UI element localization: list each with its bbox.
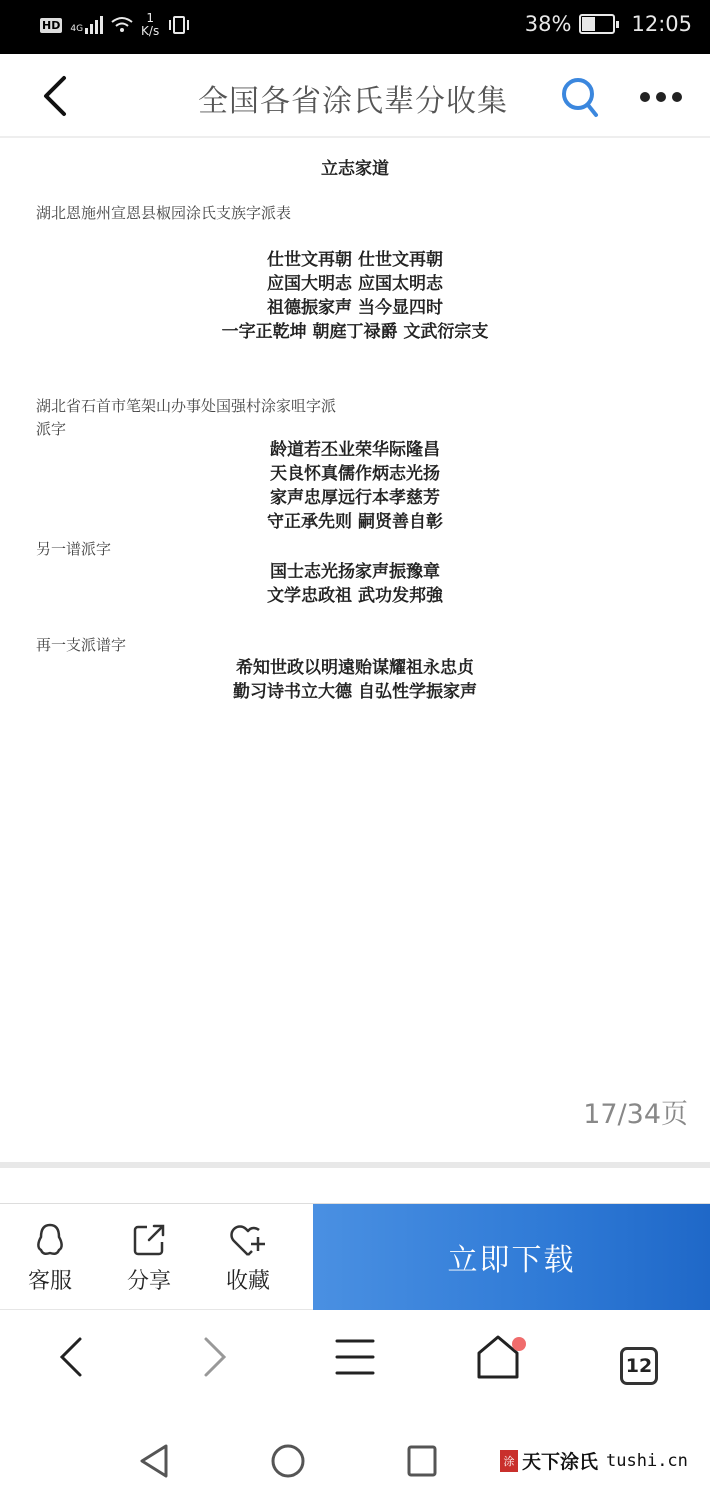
favorite-add-icon bbox=[228, 1222, 268, 1258]
watermark: 涂 天下涂氏 tushi.cn bbox=[500, 1447, 688, 1474]
browser-toolbar: 12 bbox=[0, 1311, 710, 1421]
vibrate-icon bbox=[167, 15, 191, 35]
verse-line: 龄道若丕业荣华际隆昌 bbox=[0, 438, 710, 462]
section-label: 另一谱派字 bbox=[36, 538, 111, 559]
action-label: 收藏 bbox=[213, 1264, 283, 1295]
verse-line: 勤习诗书立大德 自弘性学振家声 bbox=[0, 680, 710, 704]
document-page: 立志家道 湖北恩施州宣恩县椒园涂氏支族字派表 仕世文再朝 仕世文再朝 应国大明志… bbox=[0, 140, 710, 1162]
menu-icon[interactable] bbox=[335, 1335, 375, 1379]
doc-heading: 立志家道 bbox=[0, 154, 710, 179]
more-dots-icon[interactable] bbox=[640, 92, 682, 102]
spacer bbox=[0, 1168, 710, 1204]
status-bar: HD 4G 1K/s 38% 12:05 bbox=[0, 0, 710, 54]
hd-voice-icon: HD bbox=[40, 18, 62, 33]
download-now-button[interactable]: 立即下载 bbox=[313, 1204, 710, 1310]
share-icon bbox=[131, 1222, 167, 1258]
battery-icon bbox=[579, 14, 615, 34]
verse-line: 守正承先则 嗣贤善自彰 bbox=[0, 510, 710, 534]
verse-line: 祖德振家声 当今显四时 bbox=[0, 296, 710, 320]
wifi-icon bbox=[111, 16, 133, 34]
verse-line: 希知世政以明遠贻谋耀祖永忠贞 bbox=[0, 656, 710, 680]
share-button[interactable]: 分享 bbox=[114, 1222, 184, 1295]
favorite-button[interactable]: 收藏 bbox=[213, 1222, 283, 1295]
verse-line: 天良怀真儒作炳志光扬 bbox=[0, 462, 710, 486]
watermark-url: tushi.cn bbox=[606, 1451, 688, 1471]
tabs-button[interactable]: 12 bbox=[620, 1347, 658, 1385]
section-label: 湖北省石首市笔架山办事处国强村涂家咀字派 bbox=[36, 395, 336, 416]
page-indicator: 17/34页 bbox=[583, 1092, 688, 1131]
section-sublabel: 派字 bbox=[36, 418, 66, 439]
battery-percent: 38% bbox=[525, 12, 572, 36]
action-label: 分享 bbox=[114, 1264, 184, 1295]
page-title: 全国各省涂氏辈分收集 bbox=[198, 76, 516, 120]
nav-recents-icon[interactable] bbox=[406, 1443, 438, 1479]
verse-line: 家声忠厚远行本孝慈芳 bbox=[0, 486, 710, 510]
section-label: 湖北恩施州宣恩县椒园涂氏支族字派表 bbox=[36, 202, 291, 223]
network-type: 4G bbox=[70, 24, 83, 34]
signal-icon: 4G bbox=[70, 16, 103, 34]
verse-line: 文学忠政祖 武功发邦強 bbox=[0, 584, 710, 608]
notification-dot bbox=[512, 1337, 526, 1351]
section-label: 再一支派谱字 bbox=[36, 634, 126, 655]
verse-line: 一字正乾坤 朝庭丁禄爵 文武衍宗支 bbox=[0, 320, 710, 344]
nav-home-icon[interactable] bbox=[270, 1443, 306, 1479]
browser-forward-icon[interactable] bbox=[200, 1335, 230, 1379]
watermark-text: 天下涂氏 bbox=[522, 1447, 598, 1474]
verse-line: 仕世文再朝 仕世文再朝 bbox=[0, 248, 710, 272]
search-icon[interactable] bbox=[560, 76, 600, 118]
top-app-bar: 全国各省涂氏辈分收集 bbox=[0, 54, 710, 138]
clock: 12:05 bbox=[631, 12, 692, 36]
action-bar: 客服 分享 收藏 立即下载 bbox=[0, 1204, 710, 1310]
system-nav-bar: 涂 天下涂氏 tushi.cn bbox=[0, 1421, 710, 1500]
nav-back-icon[interactable] bbox=[138, 1443, 170, 1479]
chevron-left-icon[interactable] bbox=[38, 74, 72, 118]
customer-service-icon bbox=[33, 1222, 67, 1258]
customer-service-button[interactable]: 客服 bbox=[15, 1222, 85, 1295]
network-speed: 1K/s bbox=[141, 12, 159, 38]
verse-line: 应国大明志 应国太明志 bbox=[0, 272, 710, 296]
verse-line: 国士志光扬家声振豫章 bbox=[0, 560, 710, 584]
browser-back-icon[interactable] bbox=[56, 1335, 86, 1379]
action-label: 客服 bbox=[15, 1264, 85, 1295]
seal-icon: 涂 bbox=[500, 1450, 518, 1472]
